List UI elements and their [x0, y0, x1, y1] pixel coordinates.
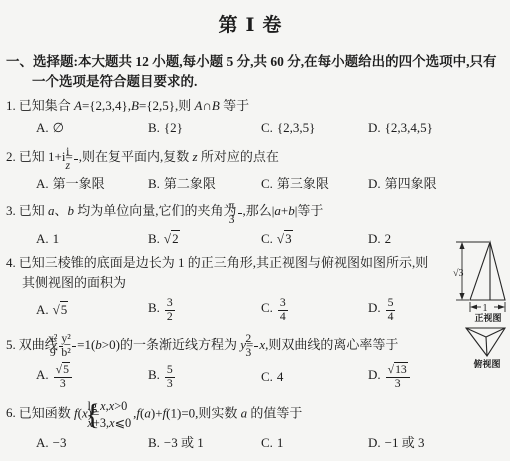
option-content: 4 — [277, 369, 284, 384]
fraction-numerator: 3 — [278, 297, 288, 311]
question: 2.已知 1+i=iz,则在复平面内,复数 z 所对应的点在A.第一象限B.第二… — [6, 144, 502, 194]
option-content: √5 — [53, 301, 69, 317]
height-dimension-label: √3 — [453, 268, 464, 279]
option-label: B. — [148, 300, 160, 315]
front-view-triangle — [470, 242, 505, 300]
option: C.1 — [261, 433, 368, 453]
option-content: 54 — [385, 300, 397, 315]
option-content: √53 — [53, 367, 73, 382]
option-content: {2,3,4,5} — [385, 120, 433, 135]
square-root: √13 — [388, 362, 408, 376]
fraction-denominator: 3 — [165, 378, 175, 391]
fraction: 54 — [386, 297, 396, 324]
option-content: √3 — [277, 230, 293, 246]
fraction-denominator: 3 — [238, 214, 242, 227]
option-content: −3 或 1 — [164, 435, 204, 450]
option: D.第四象限 — [368, 174, 502, 194]
option-label: D. — [368, 300, 381, 315]
option-content: 53 — [164, 367, 176, 382]
section-instruction: 一、选择题:本大题共 12 小题,每小题 5 分,共 60 分,在每小题给出的四… — [6, 52, 502, 92]
question-number: 1. — [6, 98, 16, 113]
question-stem: 4.已知三棱锥的底面是边长为 1 的正三角形,其正视图与俯视图如图所示,则其侧视… — [6, 253, 502, 293]
math-variable: z — [66, 159, 71, 172]
option-label: D. — [368, 367, 381, 382]
fraction: 53 — [165, 364, 175, 391]
math-variable: a — [48, 203, 55, 218]
options-row: A.第一象限B.第二象限C.第三象限D.第四象限 — [36, 174, 502, 194]
option-content: √133 — [385, 367, 411, 382]
option-label: D. — [368, 435, 381, 450]
math-variable: x — [109, 399, 114, 413]
options-row: A.−3B.−3 或 1C.1D.−1 或 3 — [36, 433, 502, 453]
option: B.第二象限 — [148, 174, 261, 194]
fraction-numerator: i — [74, 146, 78, 160]
options-row: A.∅B.{2}C.{2,3,5}D.{2,3,4,5} — [36, 118, 502, 138]
question-number: 5. — [6, 337, 16, 352]
option-content: ∅ — [53, 120, 64, 135]
option: B.−3 或 1 — [148, 433, 261, 453]
base-dimension-arrow — [470, 302, 505, 312]
option: A.第一象限 — [36, 174, 148, 194]
option-label: B. — [148, 120, 160, 135]
option: A.−3 — [36, 433, 148, 453]
fraction-denominator: 3 — [386, 378, 410, 391]
option: C.4 — [261, 367, 368, 387]
option-label: C. — [261, 369, 273, 384]
option-label: B. — [148, 435, 160, 450]
option-label: D. — [368, 231, 381, 246]
option-content: √2 — [164, 230, 180, 246]
option-content: {2,3,5} — [277, 120, 315, 135]
option-content: 第四象限 — [385, 176, 437, 191]
question-number: 4. — [6, 255, 16, 270]
option: A.√5 — [36, 300, 148, 320]
option-content: 1 — [277, 435, 284, 450]
math-variable: x — [259, 337, 265, 352]
question: 4.已知三棱锥的底面是边长为 1 的正三角形,其正视图与俯视图如图所示,则其侧视… — [6, 253, 502, 324]
fraction: 34 — [278, 297, 288, 324]
fraction-numerator: √13 — [386, 364, 410, 378]
option: C.√3 — [261, 229, 368, 249]
option-label: A. — [36, 231, 49, 246]
top-view-label: 俯视图 — [473, 358, 500, 368]
math-variable: A — [195, 98, 203, 113]
question-number: 2. — [6, 149, 16, 164]
option: A.∅ — [36, 118, 148, 138]
fraction: 32 — [165, 297, 175, 324]
option-content: 第三象限 — [277, 176, 329, 191]
option: C.34 — [261, 297, 368, 324]
fraction: y²b² — [72, 333, 76, 360]
option-label: C. — [261, 231, 273, 246]
option-label: B. — [148, 176, 160, 191]
cases-row: x+3,x⩽0 — [103, 415, 131, 431]
option-label: B. — [148, 231, 160, 246]
option-label: C. — [261, 435, 273, 450]
option-label: D. — [368, 120, 381, 135]
option-content: 1 — [53, 231, 60, 246]
top-view-triangle — [466, 328, 505, 356]
piecewise-cases: {lg x,x>0x+3,x⩽0 — [101, 398, 131, 431]
option: B.√2 — [148, 229, 261, 249]
radicand: 13 — [394, 362, 408, 376]
option-label: A. — [36, 367, 49, 382]
questions-container: 1.已知集合 A={2,3,4},B={2,5},则 A∩B 等于A.∅B.{2… — [6, 96, 502, 453]
math-variable: B — [131, 98, 139, 113]
question-stem: 1.已知集合 A={2,3,4},B={2,5},则 A∩B 等于 — [6, 96, 502, 116]
question-stem: 6.已知函数 f(x)={lg x,x>0x+3,x⩽0,f(a)+f(1)=0… — [6, 398, 502, 431]
fraction-denominator: 4 — [278, 311, 288, 324]
question-number: 6. — [6, 405, 16, 420]
math-variable: f — [74, 405, 78, 420]
option-label: B. — [148, 367, 160, 382]
math-variable: A — [74, 98, 82, 113]
option: B.{2} — [148, 118, 261, 138]
option-content: 第二象限 — [164, 176, 216, 191]
page-title: 第Ⅰ卷 — [6, 14, 502, 38]
fraction: √133 — [386, 364, 410, 391]
fraction-denominator: 4 — [386, 311, 396, 324]
question: 1.已知集合 A={2,3,4},B={2,5},则 A∩B 等于A.∅B.{2… — [6, 96, 502, 138]
fraction-numerator: π — [238, 200, 242, 214]
option: C.{2,3,5} — [261, 118, 368, 138]
option-label: A. — [36, 176, 49, 191]
fraction: √53 — [54, 364, 72, 391]
square-root: √5 — [53, 301, 69, 317]
radicand: 5 — [60, 301, 69, 317]
math-variable: b — [68, 203, 75, 218]
option: C.第三象限 — [261, 174, 368, 194]
fraction-denominator: b² — [72, 347, 76, 360]
fraction: 23 — [254, 333, 258, 360]
math-variable: a — [274, 203, 281, 218]
fraction: iz — [74, 146, 78, 173]
math-variable: B — [212, 98, 220, 113]
fraction-numerator: 5 — [386, 297, 396, 311]
front-view-label: 正视图 — [474, 312, 501, 323]
fraction-numerator: y² — [72, 333, 76, 347]
question-stem: 3.已知 a、b 均为单位向量,它们的夹角为π3,那么|a+b|等于 — [6, 198, 502, 226]
question-stem: 5.双曲线x²9−y²b²=1(b>0)的一条渐近线方程为 y=23x,则双曲线… — [6, 331, 502, 360]
option-content: 第一象限 — [53, 176, 105, 191]
option-label: A. — [36, 435, 49, 450]
fraction-numerator: 3 — [165, 297, 175, 311]
option-content: 34 — [277, 300, 289, 315]
question: 3.已知 a、b 均为单位向量,它们的夹角为π3,那么|a+b|等于A.1B.√… — [6, 198, 502, 248]
option: B.32 — [148, 297, 261, 324]
math-variable: f — [136, 405, 140, 420]
fraction-denominator: 3 — [254, 347, 258, 360]
math-variable: x — [109, 416, 114, 430]
option-label: C. — [261, 300, 273, 315]
option: A.1 — [36, 229, 148, 249]
option: D.{2,3,4,5} — [368, 118, 502, 138]
option: D.√133 — [368, 364, 502, 391]
fraction: π3 — [238, 200, 242, 227]
question: 5.双曲线x²9−y²b²=1(b>0)的一条渐近线方程为 y=23x,则双曲线… — [6, 331, 502, 391]
fraction-denominator: z — [74, 160, 78, 173]
math-variable: b — [95, 337, 102, 352]
question: 6.已知函数 f(x)={lg x,x>0x+3,x⩽0,f(a)+f(1)=0… — [6, 398, 502, 453]
question-number: 3. — [6, 203, 16, 218]
math-variable: x — [100, 399, 105, 413]
option: B.53 — [148, 364, 261, 391]
fraction-numerator: 5 — [165, 364, 175, 378]
cases-row: lg x,x>0 — [103, 398, 131, 414]
square-root: √5 — [56, 362, 70, 376]
math-variable: x — [87, 416, 92, 430]
option-label: A. — [36, 120, 49, 135]
question4-figure: √3 1 正视图 俯视图 — [452, 236, 510, 368]
question-stem: 2.已知 1+i=iz,则在复平面内,复数 z 所对应的点在 — [6, 144, 502, 172]
option-label: A. — [36, 302, 49, 317]
option-content: {2} — [164, 120, 183, 135]
math-variable: f — [163, 405, 167, 420]
option: A.√53 — [36, 364, 148, 391]
option-content: 32 — [164, 300, 176, 315]
option-label: C. — [261, 120, 273, 135]
three-view-drawing: √3 1 正视图 俯视图 — [452, 236, 510, 368]
fraction-numerator: √5 — [54, 364, 72, 378]
fraction-denominator: 2 — [165, 311, 175, 324]
option-label: C. — [261, 176, 273, 191]
math-variable: b — [288, 203, 295, 218]
options-row: A.1B.√2C.√3D.2 — [36, 229, 502, 249]
radicand: 2 — [171, 230, 180, 246]
fraction-denominator: 3 — [54, 378, 72, 391]
square-root: √2 — [164, 230, 180, 246]
fraction-numerator: 2 — [254, 333, 258, 347]
option-content: −1 或 3 — [385, 435, 425, 450]
options-row: A.√5B.32C.34D.54 — [36, 297, 502, 324]
option-content: −3 — [53, 435, 67, 450]
option-label: D. — [368, 176, 381, 191]
radicand: 5 — [62, 362, 70, 376]
option-content: 2 — [385, 231, 392, 246]
cases-rows: lg x,x>0x+3,x⩽0 — [103, 398, 131, 431]
math-variable: a — [241, 405, 248, 420]
options-row: A.√53B.53C.4D.√133 — [36, 364, 502, 391]
math-variable: z — [193, 149, 198, 164]
square-root: √3 — [277, 230, 293, 246]
option: D.−1 或 3 — [368, 433, 502, 453]
radicand: 3 — [284, 230, 293, 246]
math-variable: a — [144, 405, 151, 420]
